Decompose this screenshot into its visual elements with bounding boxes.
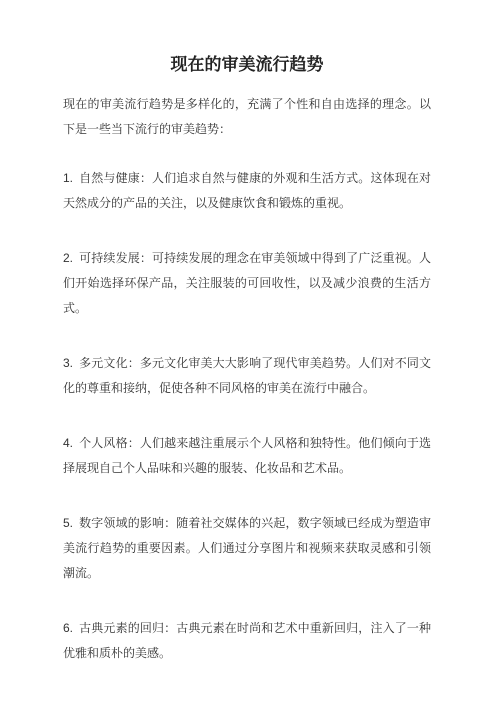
trend-number: 6. bbox=[63, 621, 73, 635]
trend-number: 4. bbox=[63, 436, 73, 450]
trend-text: 自然与健康：人们追求自然与健康的外观和生活方式。这体现在对天然成分的产品的关注，… bbox=[63, 171, 431, 210]
trend-number: 3. bbox=[63, 356, 73, 370]
trend-item-6: 6.古典元素的回归：古典元素在时尚和艺术中重新回归，注入了一种优雅和质朴的美感。 bbox=[63, 616, 431, 666]
trend-item-1: 1.自然与健康：人们追求自然与健康的外观和生活方式。这体现在对天然成分的产品的关… bbox=[63, 166, 431, 216]
document-page: 现在的审美流行趋势 现在的审美流行趋势是多样化的，充满了个性和自由选择的理念。以… bbox=[0, 0, 496, 702]
intro-paragraph: 现在的审美流行趋势是多样化的，充满了个性和自由选择的理念。以下是一些当下流行的审… bbox=[63, 92, 431, 142]
trend-number: 2. bbox=[63, 251, 73, 265]
trend-text: 古典元素的回归：古典元素在时尚和艺术中重新回归，注入了一种优雅和质朴的美感。 bbox=[63, 621, 431, 660]
trend-text: 数字领域的影响：随着社交媒体的兴起，数字领域已经成为塑造审美流行趋势的重要因素。… bbox=[63, 516, 431, 580]
trend-item-4: 4.个人风格：人们越来越注重展示个人风格和独特性。他们倾向于选择展现自己个人品味… bbox=[63, 431, 431, 481]
page-title: 现在的审美流行趋势 bbox=[63, 56, 431, 74]
trend-text: 可持续发展：可持续发展的理念在审美领域中得到了广泛重视。人们开始选择环保产品，关… bbox=[63, 251, 431, 315]
trend-item-2: 2.可持续发展：可持续发展的理念在审美领域中得到了广泛重视。人们开始选择环保产品… bbox=[63, 246, 431, 321]
trend-number: 1. bbox=[63, 171, 73, 185]
trend-text: 个人风格：人们越来越注重展示个人风格和独特性。他们倾向于选择展现自己个人品味和兴… bbox=[63, 436, 431, 475]
trend-item-5: 5.数字领域的影响：随着社交媒体的兴起，数字领域已经成为塑造审美流行趋势的重要因… bbox=[63, 511, 431, 586]
trend-item-3: 3.多元文化：多元文化审美大大影响了现代审美趋势。人们对不同文化的尊重和接纳，促… bbox=[63, 351, 431, 401]
trend-number: 5. bbox=[63, 516, 73, 530]
trend-text: 多元文化：多元文化审美大大影响了现代审美趋势。人们对不同文化的尊重和接纳，促使各… bbox=[63, 356, 431, 395]
